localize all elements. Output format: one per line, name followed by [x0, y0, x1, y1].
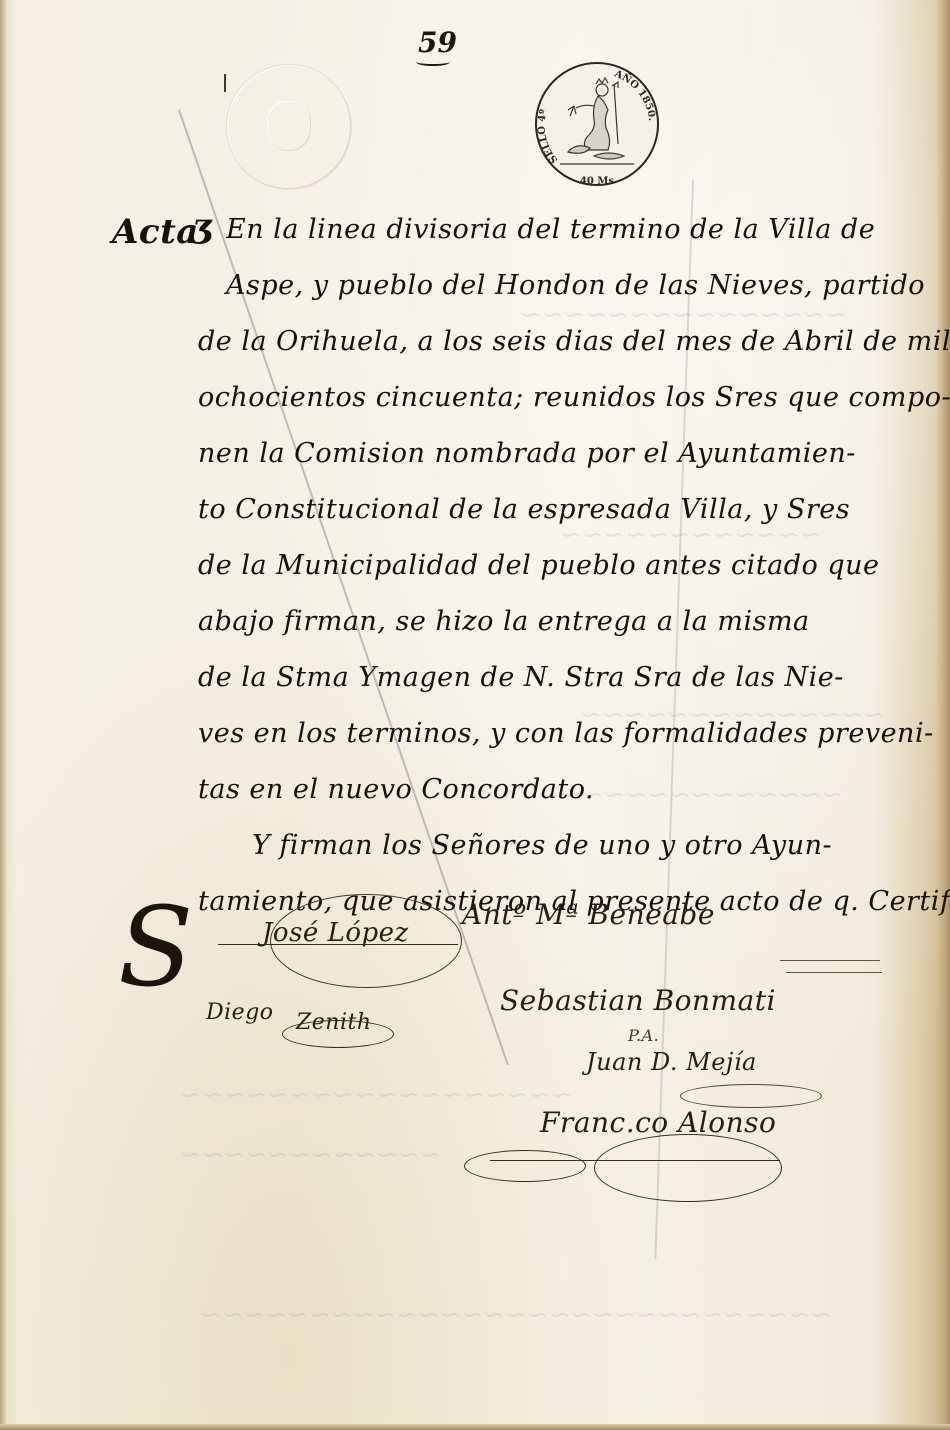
signature-diego-prefix: Diego: [206, 1000, 274, 1025]
rubric-jose-lopez: [270, 894, 462, 988]
body-line-1: En la linea divisoria del termino de la …: [226, 214, 875, 245]
rubric-juan-mejia: [680, 1084, 822, 1108]
body-line-4: ochocientos cincuenta; reunidos los Sres…: [198, 382, 950, 413]
rubric-zenith: [282, 1020, 394, 1048]
rubric-francisco-alonso-loop: [464, 1150, 586, 1182]
heading-flourish: ʒ: [192, 206, 212, 246]
body-line-2: Aspe, y pueblo del Hondon de las Nieves,…: [226, 270, 925, 301]
initial-flourish: S: [118, 892, 193, 1002]
signature-sebastian-bonmati: Sebastian Bonmati: [500, 984, 776, 1017]
act-heading: Acta: [112, 212, 199, 252]
signature-pa-prefix: P.A.: [628, 1026, 659, 1045]
body-line-6: to Constitucional de la espresada Villa,…: [198, 494, 850, 525]
body-line-8: abajo firman, se hizo la entrega a la mi…: [198, 606, 810, 637]
rubric-stroke: [786, 972, 882, 973]
body-line-9: de la Stma Ymagen de N. Stra Sra de las …: [198, 662, 844, 693]
act-body: Acta ʒ En la linea divisoria del termino…: [0, 0, 950, 1430]
document-page: ~~~~~~~~~~~~~~~ ~~~~~~~~~~~~ ~~~~~~~~~~~…: [0, 0, 950, 1430]
rubric-stroke: [218, 944, 458, 945]
body-line-7: de la Municipalidad del pueblo antes cit…: [198, 550, 880, 581]
signature-francisco-alonso: Franc.co Alonso: [540, 1106, 776, 1139]
body-line-11: tas en el nuevo Concordato.: [198, 774, 594, 805]
body-line-3: de la Orihuela, a los seis dias del mes …: [198, 326, 950, 357]
signature-antonio-beneabe: Antº Mª Beneabe: [462, 898, 715, 931]
rubric-francisco-alonso: [594, 1134, 782, 1202]
rubric-stroke: [490, 1160, 780, 1161]
body-line-12: Y firman los Señores de uno y otro Ayun-: [252, 830, 832, 861]
rubric-stroke: [780, 960, 880, 961]
body-line-10: ves en los terminos, y con las formalida…: [198, 718, 934, 749]
body-line-5: nen la Comision nombrada por el Ayuntami…: [198, 438, 856, 469]
signature-juan-mejia: Juan D. Mejía: [586, 1048, 757, 1076]
